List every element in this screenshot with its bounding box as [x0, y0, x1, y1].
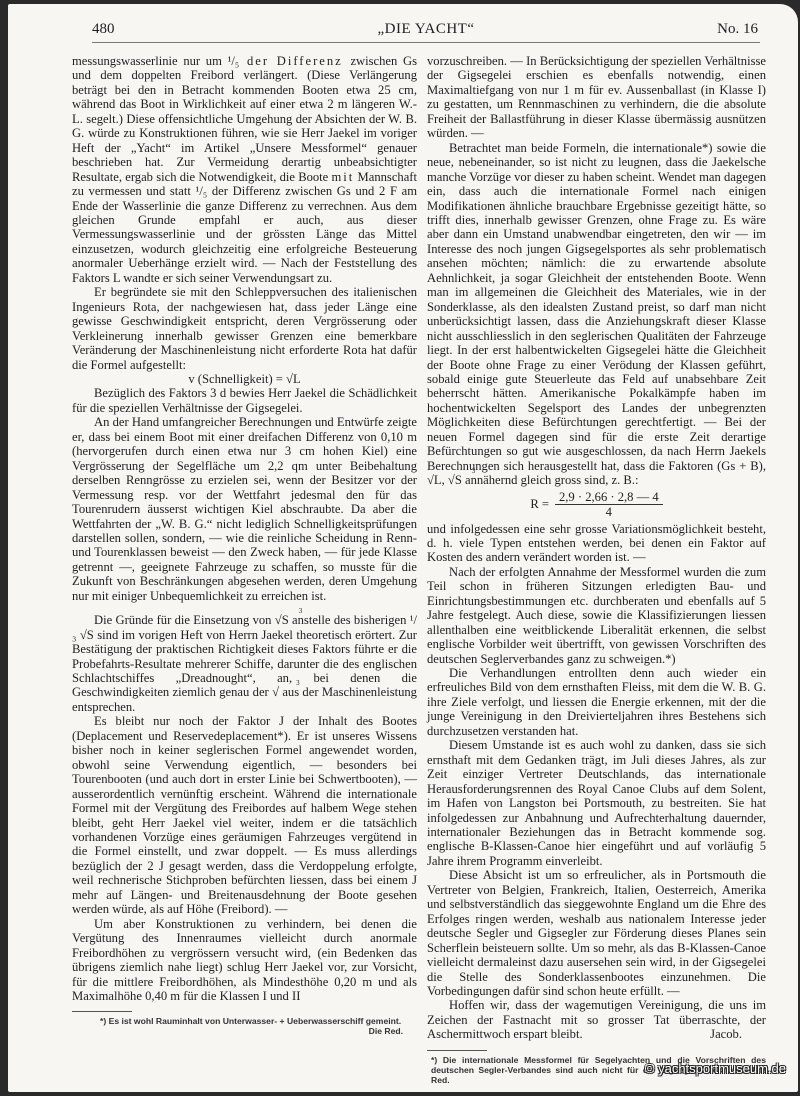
- footnote-signature: Die Red.: [72, 1026, 417, 1036]
- cube-root: 3√S: [275, 613, 289, 627]
- paragraph: und infolgedessen eine sehr grosse Varia…: [427, 522, 766, 565]
- text: Betrachtet man beide Formeln, die intern…: [427, 141, 766, 487]
- paragraph: Bezüglich des Faktors 3 d bewies Herr Ja…: [72, 386, 417, 415]
- paragraph: Betrachtet man beide Formeln, die intern…: [427, 141, 766, 488]
- fraction: 2,9 · 2,66 · 2,8 — 44: [555, 490, 663, 520]
- fraction: ¹/₅: [228, 54, 240, 68]
- paragraph: Um aber Konstruktionen zu verhindern, be…: [72, 917, 417, 1004]
- formula-lhs: R =: [530, 496, 549, 510]
- paragraph: Die Verhandlungen entrollten denn auch w…: [427, 666, 766, 738]
- cube-root: 3√S: [448, 473, 462, 487]
- paragraph: vorzuschreiben. — In Berücksichtigung de…: [427, 54, 766, 141]
- right-column: vorzuschreiben. — In Berücksichtigung de…: [427, 54, 766, 1085]
- paragraph: Es bleibt nur noch der Faktor J der Inha…: [72, 714, 417, 916]
- numerator: 2,9 · 2,66 · 2,8 — 4: [555, 490, 663, 505]
- left-column: messungswasserlinie nur um ¹/₅ der Diffe…: [72, 54, 417, 1036]
- paragraph: Er begründete sie mit den Schleppversuch…: [72, 285, 417, 372]
- paragraph: Nach der erfolgten Annahme der Messforme…: [427, 565, 766, 666]
- spaced-text: der Differenz: [239, 54, 350, 68]
- text: Die Gründe für die Einsetzung von: [94, 613, 275, 627]
- formula-example: R =2,9 · 2,66 · 2,8 — 44: [427, 490, 766, 520]
- paragraph: Hoffen wir, dass der wagemutigen Vereini…: [427, 998, 766, 1041]
- formula-rota: v (Schnelligkeit) = √L: [72, 372, 417, 386]
- denominator: 4: [555, 505, 663, 519]
- text: zwischen Gs und dem doppelten Freibord v…: [72, 54, 417, 184]
- footnote: *) Es ist wohl Rauminhalt von Unterwasse…: [72, 1016, 417, 1026]
- root-index: 3: [274, 676, 300, 690]
- paragraph: messungswasserlinie nur um ¹/₅ der Diffe…: [72, 54, 417, 285]
- footnote-rule: [72, 1011, 132, 1012]
- cube-root: 3√: [272, 685, 279, 699]
- text: messungswasserlinie nur um: [72, 54, 228, 68]
- footnote-rule: [427, 1050, 487, 1051]
- paragraph: Diese Absicht ist um so erfreulicher, al…: [427, 868, 766, 998]
- issue-number: No. 16: [717, 21, 758, 38]
- text: Mannschaft zu vermessen und statt ¹/₅ de…: [72, 170, 417, 285]
- spaced-text: mit: [332, 170, 355, 184]
- paragraph: An der Hand umfangreicher Berechnungen u…: [72, 415, 417, 603]
- running-header: 480 „DIE YACHT“ No. 16: [92, 18, 760, 43]
- root-index: 3: [450, 464, 476, 478]
- magazine-page: 480 „DIE YACHT“ No. 16 messungswasserlin…: [8, 4, 798, 1092]
- copyright-watermark: © yachtsportmuseum.de: [645, 1061, 786, 1076]
- paragraph: Die Gründe für die Einsetzung von 3√S an…: [72, 613, 417, 714]
- text: annähernd gleich gross sind, z. B.:: [462, 473, 639, 487]
- paragraph: Diesem Umstande ist es auch wohl zu dank…: [427, 738, 766, 868]
- root-index: 3: [277, 604, 303, 618]
- magazine-title: „DIE YACHT“: [92, 21, 760, 38]
- author-signature: Jacob.: [688, 1027, 766, 1041]
